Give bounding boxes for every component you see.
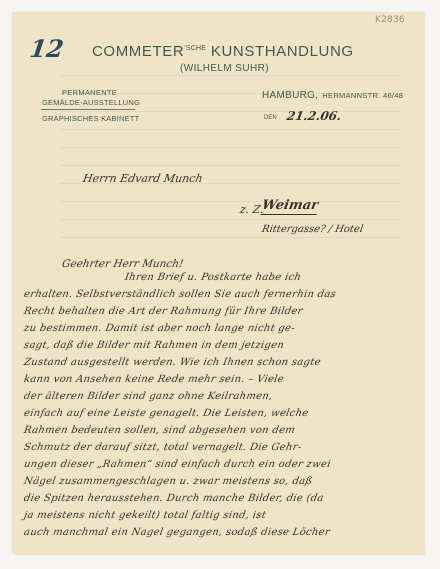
body-line: erhalten. Selbstverständlich sollen Sie … <box>23 289 337 300</box>
firm-name-sup: 'SCHE <box>184 45 206 52</box>
firm-owner: (WILHELM SUHR) <box>180 63 269 74</box>
folio-number: 12 <box>28 34 65 63</box>
body-line: auch manchmal ein Nagel gegangen, sodaß … <box>23 527 331 538</box>
firm-name: COMMETER'SCHE KUNSTHANDLUNG <box>92 43 354 60</box>
body-line: sagt, daß die Bilder mit Rahmen in dem j… <box>23 340 285 351</box>
body-line: Nägel zusammengeschlagen u. zwar meisten… <box>23 476 313 487</box>
body-line: Zustand ausgestellt werden. Wie ich Ihne… <box>23 357 322 368</box>
dept-line-3: GRAPHISCHES KABINETT <box>42 114 139 123</box>
body-line: ja meistens nicht gekeilt) total faltig … <box>23 510 267 521</box>
letterhead-divider <box>41 109 135 110</box>
body-line: einfach auf eine Leiste genagelt. Die Le… <box>23 408 309 419</box>
body-line: kann von Ansehen keine Rede mehr sein. –… <box>23 374 285 385</box>
body-line: Schmutz der darauf sitzt, total vernagel… <box>23 442 302 453</box>
date-prefix: DEN <box>264 115 277 121</box>
recipient-street: Rittergasse? / Hotel <box>261 224 364 235</box>
firm-name-main: COMMETER <box>92 43 184 60</box>
letterhead-city: HAMBURG, <box>262 90 318 101</box>
body-line: Ihren Brief u. Postkarte habe ich <box>124 272 302 283</box>
dept-line-1: PERMANENTE <box>62 88 117 97</box>
letter-date: 21.2.06. <box>286 109 343 123</box>
bleed-through-texture <box>60 60 400 240</box>
letterhead-address: HAMBURG,HERMANNSTR. 46/48 <box>262 90 403 101</box>
letterhead-street: HERMANNSTR. 46/48 <box>322 91 403 100</box>
body-line: ungen dieser „Rahmen“ sind einfach durch… <box>23 459 332 470</box>
body-line: die Spitzen herausstehen. Durch manche B… <box>23 493 325 504</box>
body-line: Rahmen bedeuten sollen, sind abgesehen v… <box>23 425 296 436</box>
body-line: zu bestimmen. Damit ist aber noch lange … <box>23 323 296 334</box>
body-line: Recht behalten die Art der Rahmung für I… <box>23 306 304 317</box>
salutation: Geehrter Herr Munch! <box>61 258 184 270</box>
recipient-name: Herrn Edvard Munch <box>82 172 204 185</box>
body-line: der älteren Bilder sind ganz ohne Keilra… <box>23 391 273 402</box>
firm-name-rest: KUNSTHANDLUNG <box>211 43 354 60</box>
archive-number: K2836 <box>375 15 405 25</box>
dept-line-2: GEMÄLDE-AUSSTELLUNG <box>42 98 140 107</box>
recipient-city: Weimar <box>261 198 320 215</box>
